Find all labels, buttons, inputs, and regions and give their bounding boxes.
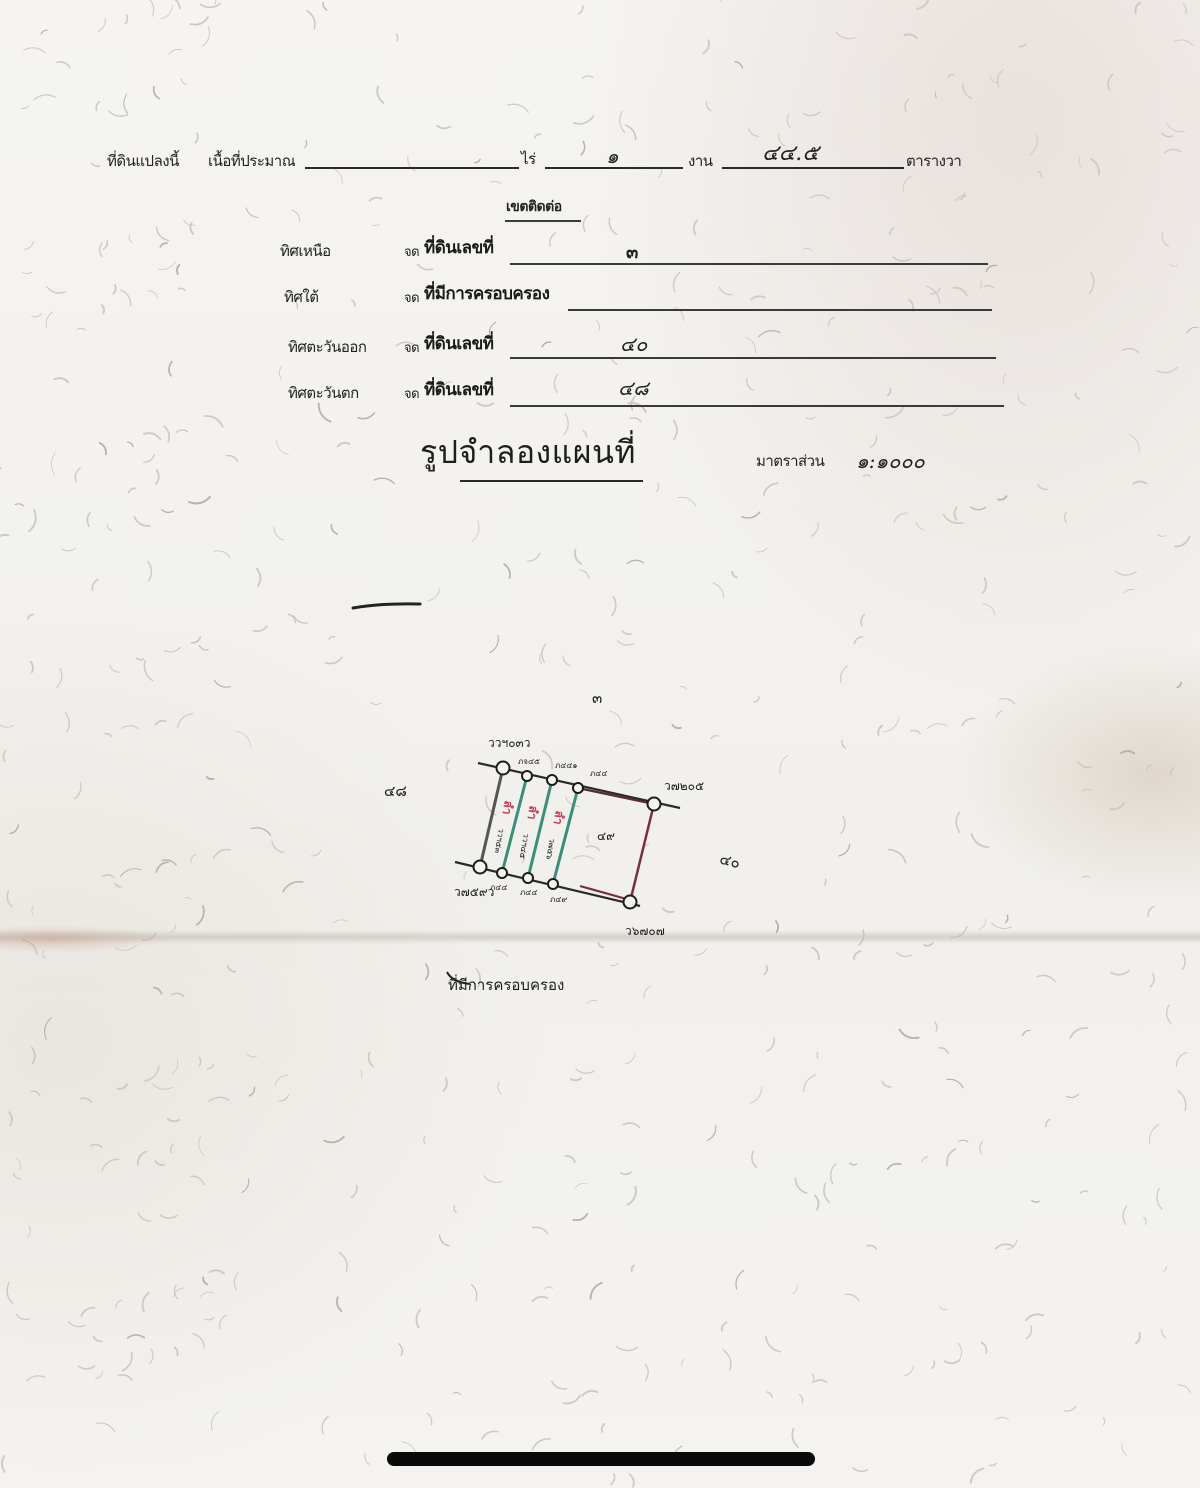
west-neighbor-label: ๔๘ (384, 782, 407, 800)
home-indicator-bar[interactable] (387, 1452, 815, 1466)
corner-mark-bottom-left: ว๗๕๙ว (454, 885, 494, 899)
corner-mark-top-right: ว๗๒๐๕ (664, 779, 704, 793)
small-mark: ภ๔๔ (520, 888, 537, 897)
strip-labels: ลำววฯ๕๓ลำววฯ๔๕ลำว๗๕๖ (493, 799, 567, 860)
svg-text:ววฯ๔๕: ววฯ๔๕ (518, 833, 531, 860)
east-edge (630, 804, 654, 902)
small-mark: ภ๔๔๑ (555, 761, 577, 770)
small-mark: ภ๔๔ (490, 883, 507, 892)
corner-mark-top-left: ววฯ๐๓ว (488, 736, 530, 750)
parcel-number-label: ๔๙ (597, 829, 615, 843)
east-neighbor-label: ๔๐ (718, 850, 742, 873)
svg-text:ลำ: ลำ (525, 804, 541, 820)
svg-text:ว๗๕๖: ว๗๕๖ (544, 838, 557, 861)
north-neighbor-label: ๓ (592, 689, 602, 707)
svg-text:ลำ: ลำ (500, 799, 516, 815)
sketch-map: ๓ ๔๘ ๔๐ ๔๙ ววฯ๐๓ว ว๗๒๐๕ ว๗๕๙ว ว๖๗๐๗ ภจ๔๕… (0, 0, 1200, 1488)
pen-stroke (353, 604, 420, 608)
svg-text:ลำ: ลำ (551, 809, 567, 825)
svg-text:ววฯ๕๓: ววฯ๕๓ (493, 828, 506, 855)
small-mark: ภจ๔๕ (518, 757, 540, 766)
small-mark: ภ๔๙ (550, 895, 567, 904)
corner-mark-bottom-right: ว๖๗๐๗ (625, 924, 665, 938)
small-mark: ภ๔๔ (590, 769, 607, 778)
